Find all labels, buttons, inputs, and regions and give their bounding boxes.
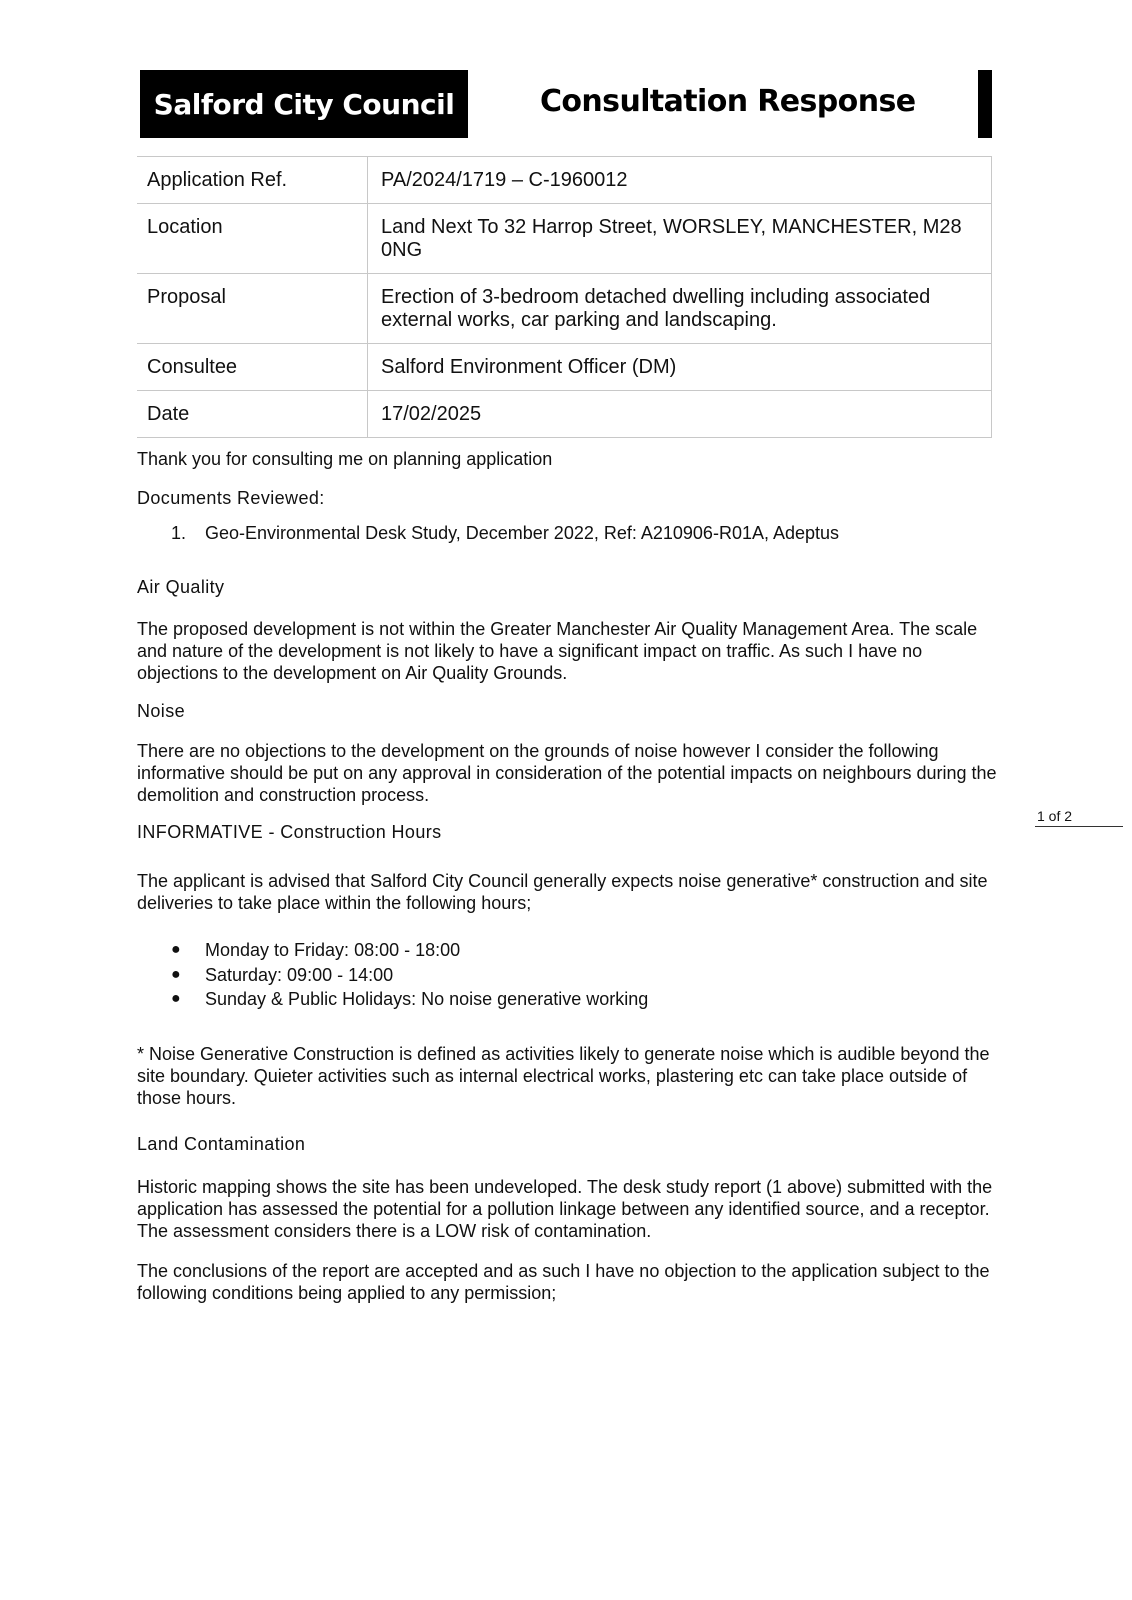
hours-weekday: Monday to Friday: 08:00 - 18:00 bbox=[205, 940, 460, 960]
application-info-table: Application Ref. PA/2024/1719 – C-196001… bbox=[137, 156, 992, 438]
list-number: 1. bbox=[171, 523, 186, 544]
list-item: 1. Geo-Environmental Desk Study, Decembe… bbox=[137, 523, 839, 544]
table-row: Date 17/02/2025 bbox=[137, 391, 992, 438]
document-title: Consultation Response bbox=[540, 84, 915, 119]
land-contamination-text-2: The conclusions of the report are accept… bbox=[137, 1260, 1007, 1304]
construction-hours-list: ●Monday to Friday: 08:00 - 18:00 ●Saturd… bbox=[137, 938, 648, 1012]
council-logo: Salford City Council bbox=[140, 70, 468, 138]
document-title: Geo-Environmental Desk Study, December 2… bbox=[205, 523, 839, 543]
air-quality-text: The proposed development is not within t… bbox=[137, 618, 1007, 684]
bullet-icon: ● bbox=[171, 938, 181, 963]
page-indicator: 1 of 2 bbox=[1035, 808, 1123, 827]
table-row: Application Ref. PA/2024/1719 – C-196001… bbox=[137, 157, 992, 204]
intro-text: Thank you for consulting me on planning … bbox=[137, 448, 1007, 470]
table-row: Location Land Next To 32 Harrop Street, … bbox=[137, 204, 992, 274]
location-label: Location bbox=[137, 204, 368, 274]
header-accent-bar bbox=[978, 70, 992, 138]
application-ref-label: Application Ref. bbox=[137, 157, 368, 204]
location-value: Land Next To 32 Harrop Street, WORSLEY, … bbox=[368, 204, 992, 274]
footnote-text: * Noise Generative Construction is defin… bbox=[137, 1043, 1007, 1109]
noise-heading: Noise bbox=[137, 701, 185, 722]
table-row: Proposal Erection of 3-bedroom detached … bbox=[137, 274, 992, 344]
proposal-value: Erection of 3-bedroom detached dwelling … bbox=[368, 274, 992, 344]
bullet-icon: ● bbox=[171, 963, 181, 988]
noise-text: There are no objections to the developme… bbox=[137, 740, 1007, 806]
list-item: ●Saturday: 09:00 - 14:00 bbox=[137, 963, 648, 988]
list-item: ●Sunday & Public Holidays: No noise gene… bbox=[137, 987, 648, 1012]
table-row: Consultee Salford Environment Officer (D… bbox=[137, 344, 992, 391]
consultee-label: Consultee bbox=[137, 344, 368, 391]
air-quality-heading: Air Quality bbox=[137, 577, 224, 598]
list-item: ●Monday to Friday: 08:00 - 18:00 bbox=[137, 938, 648, 963]
hours-sunday: Sunday & Public Holidays: No noise gener… bbox=[205, 989, 648, 1009]
bullet-icon: ● bbox=[171, 987, 181, 1012]
proposal-label: Proposal bbox=[137, 274, 368, 344]
informative-heading: INFORMATIVE - Construction Hours bbox=[137, 822, 442, 843]
land-contamination-heading: Land Contamination bbox=[137, 1134, 305, 1155]
documents-list: 1. Geo-Environmental Desk Study, Decembe… bbox=[137, 523, 839, 544]
hours-saturday: Saturday: 09:00 - 14:00 bbox=[205, 965, 393, 985]
consultee-value: Salford Environment Officer (DM) bbox=[368, 344, 992, 391]
application-ref-value: PA/2024/1719 – C-1960012 bbox=[368, 157, 992, 204]
date-value: 17/02/2025 bbox=[368, 391, 992, 438]
land-contamination-text-1: Historic mapping shows the site has been… bbox=[137, 1176, 1007, 1242]
documents-reviewed-heading: Documents Reviewed: bbox=[137, 488, 325, 509]
date-label: Date bbox=[137, 391, 368, 438]
informative-text: The applicant is advised that Salford Ci… bbox=[137, 870, 1007, 914]
document-page: Salford City Council Consultation Respon… bbox=[0, 0, 1132, 1600]
